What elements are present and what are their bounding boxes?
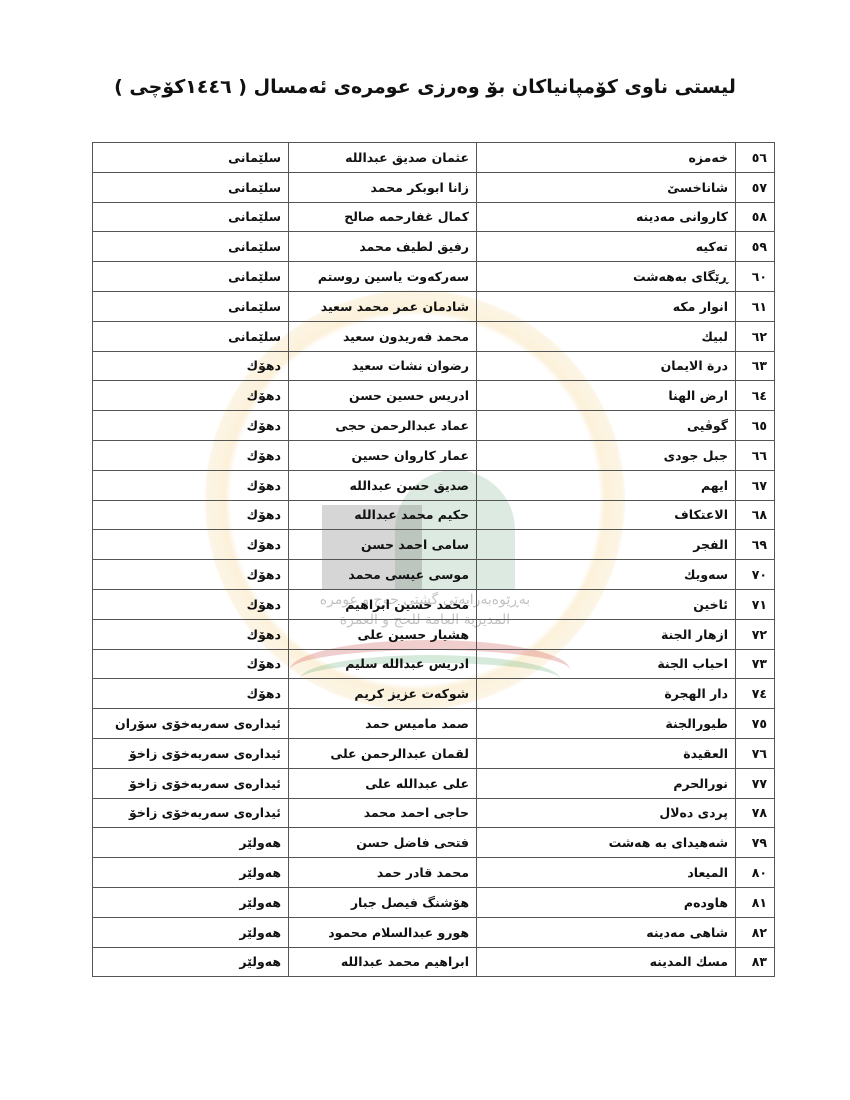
city: سلێمانى xyxy=(93,172,289,202)
row-number: ٦٢ xyxy=(736,321,775,351)
row-number: ٦٤ xyxy=(736,381,775,411)
company-name: الاعتكاف xyxy=(477,500,736,530)
city: دهۆك xyxy=(93,560,289,590)
row-number: ٧٩ xyxy=(736,828,775,858)
row-number: ٦٠ xyxy=(736,262,775,292)
document-title: ليستى ناوى كۆمپانياكان بۆ وەرزى عومرەى ئ… xyxy=(0,76,850,98)
row-number: ٧٨ xyxy=(736,798,775,828)
manager-name: شادمان عمر محمد سعيد xyxy=(289,291,477,321)
companies-table: ٥٦خەمزەعثمان صديق عبداللهسلێمانى٥٧شاناخس… xyxy=(92,142,775,977)
manager-name: ادريس حسين حسن xyxy=(289,381,477,411)
company-name: سەويك xyxy=(477,560,736,590)
table-row: ٦٠ڕێگای بەهەشتسەركەوت ياسين روستمسلێمانى xyxy=(93,262,775,292)
row-number: ٧٢ xyxy=(736,619,775,649)
city: سلێمانى xyxy=(93,321,289,351)
manager-name: حكيم محمد عبدالله xyxy=(289,500,477,530)
manager-name: صمد ماميس حمد xyxy=(289,709,477,739)
city: هەولێر xyxy=(93,917,289,947)
city: ئیدارەی سەربەخۆی زاخۆ xyxy=(93,738,289,768)
company-name: خەمزە xyxy=(477,143,736,173)
company-name: هاودەم xyxy=(477,887,736,917)
table-row: ٧٤دار الهجرةشوكەت عزيز كريمدهۆك xyxy=(93,679,775,709)
table-row: ٦٧ايهمصديق حسن عبداللهدهۆك xyxy=(93,470,775,500)
manager-name: عماد عبدالرحمن حجى xyxy=(289,411,477,441)
company-name: ازهار الجنة xyxy=(477,619,736,649)
table-row: ٥٨كاروانى مەدینەكمال غفارحمه صالحسلێمانى xyxy=(93,202,775,232)
table-row: ٧١ئاخينمحمد حسين ابراهيمدهۆك xyxy=(93,589,775,619)
company-name: شاهى مەدینە xyxy=(477,917,736,947)
city: هەولێر xyxy=(93,858,289,888)
company-name: العقيدة xyxy=(477,738,736,768)
manager-name: هشيار حسين على xyxy=(289,619,477,649)
row-number: ٧١ xyxy=(736,589,775,619)
city: ئیدارەی سەربەخۆی زاخۆ xyxy=(93,798,289,828)
table-row: ٦٤ارض الهناادريس حسين حسندهۆك xyxy=(93,381,775,411)
table-row: ٨٠الميعادمحمد قادر حمدهەولێر xyxy=(93,858,775,888)
table-row: ٧٥طيورالجنةصمد ماميس حمدئیدارەی سەربەخۆی… xyxy=(93,709,775,739)
row-number: ٦٦ xyxy=(736,440,775,470)
row-number: ٧٧ xyxy=(736,768,775,798)
city: دهۆك xyxy=(93,440,289,470)
table-row: ٦٢لبيكمحمد فەريدون سعيدسلێمانى xyxy=(93,321,775,351)
row-number: ٨٠ xyxy=(736,858,775,888)
manager-name: محمد فەريدون سعيد xyxy=(289,321,477,351)
city: دهۆك xyxy=(93,619,289,649)
city: سلێمانى xyxy=(93,143,289,173)
city: دهۆك xyxy=(93,381,289,411)
table-row: ٧٨پردی دەلالحاجى احمد محمدئیدارەی سەربەخ… xyxy=(93,798,775,828)
city: هەولێر xyxy=(93,828,289,858)
table-row: ٧٩شەهیدای به هەشتفتحى فاضل حسنهەولێر xyxy=(93,828,775,858)
city: هەولێر xyxy=(93,947,289,977)
company-name: دار الهجرة xyxy=(477,679,736,709)
manager-name: موسى عيسى محمد xyxy=(289,560,477,590)
manager-name: ادريس عبدالله سليم xyxy=(289,649,477,679)
city: دهۆك xyxy=(93,470,289,500)
city: سلێمانى xyxy=(93,262,289,292)
manager-name: محمد قادر حمد xyxy=(289,858,477,888)
table-row: ٨٣مسك المدينهابراهيم محمد عبداللههەولێر xyxy=(93,947,775,977)
table-row: ٨١هاودەمهۆشنگ فيصل جبارهەولێر xyxy=(93,887,775,917)
city: ئیدارەی سەربەخۆی سۆران xyxy=(93,709,289,739)
city: دهۆك xyxy=(93,530,289,560)
table-row: ٦٦جبل جودىعمار كاروان حسيندهۆك xyxy=(93,440,775,470)
company-name: نورالحرم xyxy=(477,768,736,798)
table-row: ٧٣احباب الجنةادريس عبدالله سليمدهۆك xyxy=(93,649,775,679)
row-number: ٦٩ xyxy=(736,530,775,560)
table-row: ٦٥گوڤيىعماد عبدالرحمن حجىدهۆك xyxy=(93,411,775,441)
row-number: ٦٧ xyxy=(736,470,775,500)
city: دهۆك xyxy=(93,351,289,381)
company-name: ايهم xyxy=(477,470,736,500)
company-name: لبيك xyxy=(477,321,736,351)
manager-name: هۆشنگ فيصل جبار xyxy=(289,887,477,917)
city: هەولێر xyxy=(93,887,289,917)
company-name: شەهیدای به هەشت xyxy=(477,828,736,858)
manager-name: على عبدالله على xyxy=(289,768,477,798)
manager-name: سەركەوت ياسين روستم xyxy=(289,262,477,292)
table-row: ٦٨الاعتكافحكيم محمد عبداللهدهۆك xyxy=(93,500,775,530)
row-number: ٦٥ xyxy=(736,411,775,441)
row-number: ٧٠ xyxy=(736,560,775,590)
table-row: ٦٣درة الايمانرضوان نشات سعيددهۆك xyxy=(93,351,775,381)
city: سلێمانى xyxy=(93,202,289,232)
company-name: جبل جودى xyxy=(477,440,736,470)
company-name: درة الايمان xyxy=(477,351,736,381)
manager-name: رضوان نشات سعيد xyxy=(289,351,477,381)
company-name: شاناخسێ xyxy=(477,172,736,202)
company-name: ڕێگای بەهەشت xyxy=(477,262,736,292)
company-name: احباب الجنة xyxy=(477,649,736,679)
company-name: گوڤيى xyxy=(477,411,736,441)
table-row: ٥٧شاناخسێزانا ابوبكر محمدسلێمانى xyxy=(93,172,775,202)
company-name: ئاخين xyxy=(477,589,736,619)
row-number: ٦١ xyxy=(736,291,775,321)
row-number: ٧٦ xyxy=(736,738,775,768)
table-row: ٧٦العقيدةلقمان عبدالرحمن علىئیدارەی سەرب… xyxy=(93,738,775,768)
company-name: كاروانى مەدینە xyxy=(477,202,736,232)
row-number: ٨٢ xyxy=(736,917,775,947)
manager-name: حاجى احمد محمد xyxy=(289,798,477,828)
company-name: ارض الهنا xyxy=(477,381,736,411)
city: دهۆك xyxy=(93,411,289,441)
company-name: الميعاد xyxy=(477,858,736,888)
city: سلێمانى xyxy=(93,291,289,321)
table-row: ٦٩الفجرسامى احمد حسندهۆك xyxy=(93,530,775,560)
manager-name: سامى احمد حسن xyxy=(289,530,477,560)
row-number: ٨٣ xyxy=(736,947,775,977)
row-number: ٧٣ xyxy=(736,649,775,679)
manager-name: هورو عبدالسلام محمود xyxy=(289,917,477,947)
row-number: ٧٤ xyxy=(736,679,775,709)
city: دهۆك xyxy=(93,649,289,679)
row-number: ٥٩ xyxy=(736,232,775,262)
company-name: انوار مكه xyxy=(477,291,736,321)
manager-name: كمال غفارحمه صالح xyxy=(289,202,477,232)
row-number: ٦٣ xyxy=(736,351,775,381)
city: سلێمانى xyxy=(93,232,289,262)
table-row: ٧٧نورالحرمعلى عبدالله علىئیدارەی سەربەخۆ… xyxy=(93,768,775,798)
manager-name: ابراهيم محمد عبدالله xyxy=(289,947,477,977)
manager-name: زانا ابوبكر محمد xyxy=(289,172,477,202)
manager-name: صديق حسن عبدالله xyxy=(289,470,477,500)
company-name: پردی دەلال xyxy=(477,798,736,828)
row-number: ٥٨ xyxy=(736,202,775,232)
table-row: ٨٢شاهى مەدینەهورو عبدالسلام محمودهەولێر xyxy=(93,917,775,947)
row-number: ٥٧ xyxy=(736,172,775,202)
city: دهۆك xyxy=(93,500,289,530)
manager-name: رفيق لطيف محمد xyxy=(289,232,477,262)
row-number: ٥٦ xyxy=(736,143,775,173)
manager-name: شوكەت عزيز كريم xyxy=(289,679,477,709)
table-row: ٥٦خەمزەعثمان صديق عبداللهسلێمانى xyxy=(93,143,775,173)
company-name: الفجر xyxy=(477,530,736,560)
row-number: ٨١ xyxy=(736,887,775,917)
city: ئیدارەی سەربەخۆی زاخۆ xyxy=(93,768,289,798)
manager-name: لقمان عبدالرحمن على xyxy=(289,738,477,768)
manager-name: فتحى فاضل حسن xyxy=(289,828,477,858)
company-name: تەكيە xyxy=(477,232,736,262)
manager-name: عمار كاروان حسين xyxy=(289,440,477,470)
row-number: ٧٥ xyxy=(736,709,775,739)
city: دهۆك xyxy=(93,589,289,619)
manager-name: محمد حسين ابراهيم xyxy=(289,589,477,619)
table-row: ٦١انوار مكهشادمان عمر محمد سعيدسلێمانى xyxy=(93,291,775,321)
table-row: ٧٠سەويكموسى عيسى محمددهۆك xyxy=(93,560,775,590)
manager-name: عثمان صديق عبدالله xyxy=(289,143,477,173)
row-number: ٦٨ xyxy=(736,500,775,530)
company-name: طيورالجنة xyxy=(477,709,736,739)
city: دهۆك xyxy=(93,679,289,709)
table-row: ٧٢ازهار الجنةهشيار حسين علىدهۆك xyxy=(93,619,775,649)
table-row: ٥٩تەكيەرفيق لطيف محمدسلێمانى xyxy=(93,232,775,262)
company-name: مسك المدينه xyxy=(477,947,736,977)
